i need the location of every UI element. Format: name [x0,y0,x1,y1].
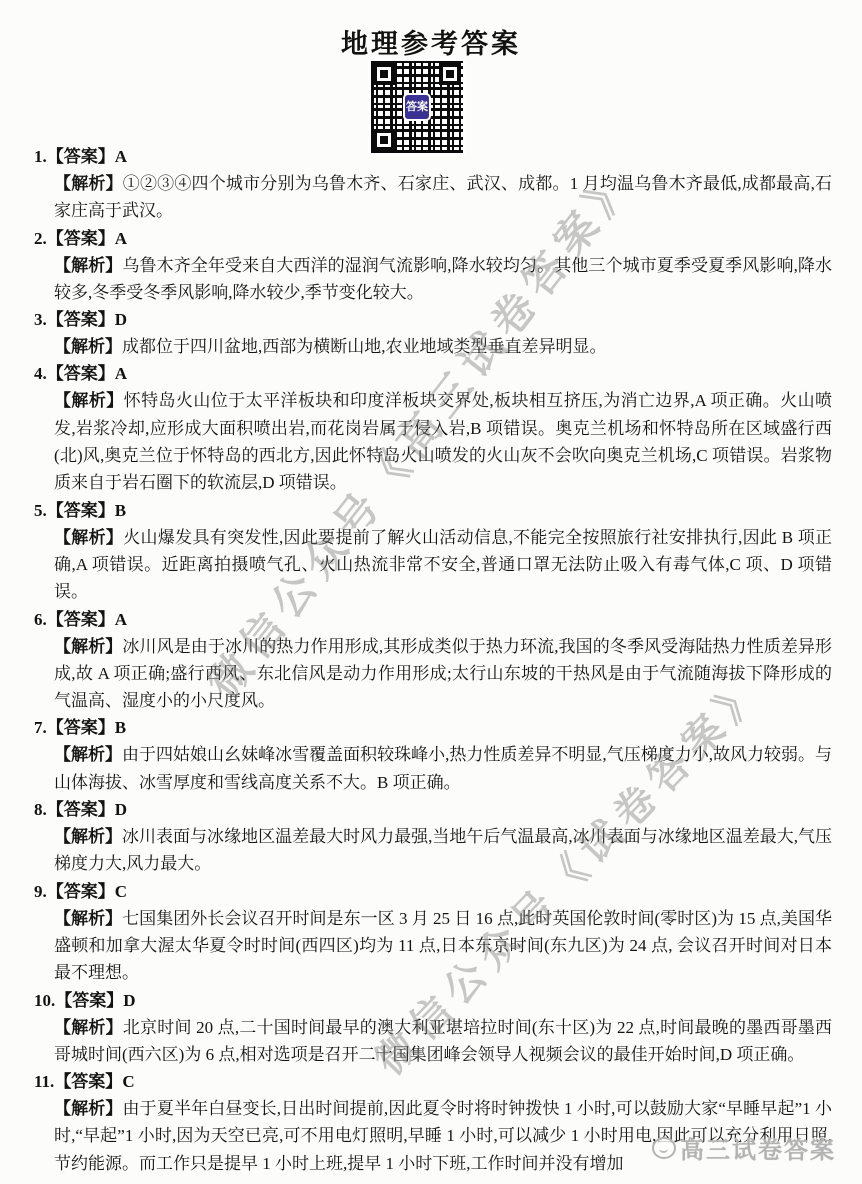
answer-letter: A [115,610,127,629]
analysis-text: 火山爆发具有突发性,因此要提前了解火山活动信息,不能完全按照旅行社安排执行,因此… [54,528,832,602]
answer-item: 9.【答案】C 【解析】七国集团外长会议召开时间是东一区 3 月 25 日 16… [34,878,832,987]
question-number: 3. [34,310,47,329]
answer-item: 10.【答案】D 【解析】北京时间 20 点,二十国时间最早的澳大利亚堪培拉时间… [34,987,832,1069]
qr-finder-icon [439,63,461,85]
answer-letter: B [115,501,126,520]
answer-item: 8.【答案】D 【解析】冰川表面与冰缘地区温差最大时风力最强,当地午后气温最高,… [34,796,832,878]
analysis-label: 【解析】 [54,391,124,410]
answer-letter: D [123,991,135,1010]
question-number: 7. [34,718,47,737]
analysis-text: 由于四姑娘山幺妹峰冰雪覆盖面积较珠峰小,热力性质差异不明显,气压梯度力小,故风力… [54,745,832,791]
answer-label: 【答案】 [54,1072,122,1091]
analysis-text: 北京时间 20 点,二十国时间最早的澳大利亚堪培拉时间(东十区)为 22 点,时… [54,1018,832,1064]
analysis-text: ①②③④四个城市分别为乌鲁木齐、石家庄、武汉、成都。1 月均温乌鲁木齐最低,成都… [54,174,832,220]
analysis-label: 【解析】 [54,337,122,356]
analysis-label: 【解析】 [54,528,123,547]
analysis-text: 由于夏半年白昼变长,日出时间提前,因此夏令时将时钟拨快 1 小时,可以鼓励大家“… [54,1099,832,1173]
page-title: 地理参考答案 [0,0,862,61]
answer-label: 【答案】 [47,364,115,383]
answer-label: 【答案】 [47,310,115,329]
answer-item: 5.【答案】B 【解析】火山爆发具有突发性,因此要提前了解火山活动信息,不能完全… [34,497,832,606]
analysis-text: 七国集团外长会议召开时间是东一区 3 月 25 日 16 点,此时英国伦敦时间(… [54,909,832,983]
analysis-label: 【解析】 [54,256,122,275]
analysis-label: 【解析】 [54,827,122,846]
analysis-text: 怀特岛火山位于太平洋板块和印度洋板块交界处,板块相互挤压,为消亡边界,A 项正确… [54,391,832,492]
answer-label: 【答案】 [47,501,115,520]
question-number: 4. [34,364,47,383]
analysis-label: 【解析】 [54,1099,123,1118]
qr-code: 答案 [371,61,463,153]
answer-item: 3.【答案】D 【解析】成都位于四川盆地,西部为横断山地,农业地域类型垂直差异明… [34,306,832,360]
answer-item: 4.【答案】A 【解析】怀特岛火山位于太平洋板块和印度洋板块交界处,板块相互挤压… [34,360,832,496]
answer-letter: C [115,882,127,901]
analysis-label: 【解析】 [54,909,122,928]
answer-item: 2.【答案】A 【解析】乌鲁木齐全年受来自大西洋的湿润气流影响,降水较均匀。其他… [34,225,832,307]
qr-center-badge: 答案 [403,93,431,121]
answer-label: 【答案】 [47,718,115,737]
answer-item: 1.【答案】A 【解析】①②③④四个城市分别为乌鲁木齐、石家庄、武汉、成都。1 … [34,143,832,225]
analysis-label: 【解析】 [54,1018,123,1037]
analysis-text: 冰川表面与冰缘地区温差最大时风力最强,当地午后气温最高,冰川表面与冰缘地区温差最… [54,827,832,873]
analysis-text: 成都位于四川盆地,西部为横断山地,农业地域类型垂直差异明显。 [122,337,607,356]
answer-letter: D [115,800,127,819]
qr-finder-icon [373,63,395,85]
analysis-text: 乌鲁木齐全年受来自大西洋的湿润气流影响,降水较均匀。其他三个城市夏季受夏季风影响… [54,256,832,302]
question-number: 1. [34,147,47,166]
analysis-label: 【解析】 [54,637,122,656]
question-number: 10. [34,991,55,1010]
answer-item: 7.【答案】B 【解析】由于四姑娘山幺妹峰冰雪覆盖面积较珠峰小,热力性质差异不明… [34,714,832,796]
answer-letter: A [115,364,127,383]
question-number: 8. [34,800,47,819]
answer-list: 1.【答案】A 【解析】①②③④四个城市分别为乌鲁木齐、石家庄、武汉、成都。1 … [0,143,862,1177]
answer-item: 11.【答案】C 【解析】由于夏半年白昼变长,日出时间提前,因此夏令时将时钟拨快… [34,1068,832,1177]
answer-label: 【答案】 [47,800,115,819]
answer-item: 6.【答案】A 【解析】冰川风是由于冰川的热力作用形成,其形成类似于热力环流,我… [34,606,832,715]
answer-letter: A [115,147,127,166]
answer-label: 【答案】 [55,991,123,1010]
question-number: 9. [34,882,47,901]
answer-letter: A [115,229,127,248]
document-page: 地理参考答案 答案 1.【答案】A 【解析】①②③④四个城市分别为乌鲁木齐、石家… [0,0,862,1184]
answer-letter: B [115,718,126,737]
analysis-label: 【解析】 [54,745,122,764]
answer-label: 【答案】 [47,882,115,901]
question-number: 5. [34,501,47,520]
answer-label: 【答案】 [47,610,115,629]
analysis-text: 冰川风是由于冰川的热力作用形成,其形成类似于热力环流,我国的冬季风受海陆热力性质… [54,637,832,711]
answer-label: 【答案】 [47,147,115,166]
answer-letter: D [115,310,127,329]
answer-label: 【答案】 [47,229,115,248]
question-number: 2. [34,229,47,248]
question-number: 11. [34,1072,54,1091]
answer-letter: C [122,1072,134,1091]
question-number: 6. [34,610,47,629]
analysis-label: 【解析】 [54,174,123,193]
